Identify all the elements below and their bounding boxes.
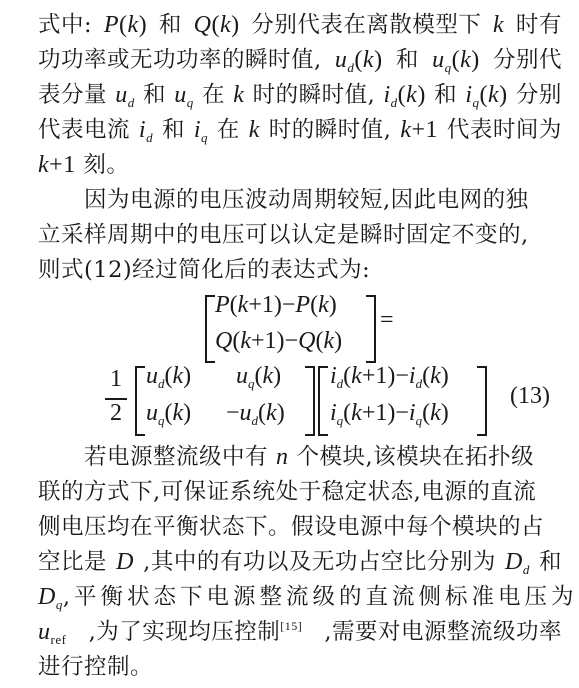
math-text: +1 (411, 117, 438, 143)
text: 在 (202, 78, 225, 113)
vector-left-bracket (318, 366, 328, 436)
math-var: i (384, 82, 391, 108)
paragraph-variable-definitions: 式中: P(k) 和 Q(k) 分别代表在离散模型下 k 时有 功功率或无功功率… (38, 8, 562, 183)
math-var: k (406, 82, 417, 108)
math-var: u (38, 619, 51, 645)
text-line: 代表电流 id 和 iq 在 k 时的瞬时值, k+1 代表时间为 (38, 113, 562, 148)
text: 式中: (38, 8, 92, 43)
paragraph-simplification: 因为电源的电压波动周期较短,因此电网的独 立采样周期中的电压可以认定是瞬时固定不… (38, 183, 562, 288)
text: 和 (539, 545, 562, 580)
text-line: 功功率或无功功率的瞬时值, ud(k) 和 uq(k) 分别代 (38, 43, 562, 78)
text: 时的瞬时值, (253, 78, 376, 113)
math-var: u (174, 82, 187, 108)
matrix-cell-11: ud(k) (146, 363, 191, 390)
text-line: Dq ,平衡状态下电源整流级的直流侧标准电压为 (38, 580, 562, 615)
citation-link[interactable]: [15] (280, 619, 302, 633)
text: 分别代表在离散模型下 (251, 8, 481, 43)
text: 在 (217, 113, 240, 148)
math-var: n (276, 440, 289, 475)
text: 分别 (516, 78, 562, 113)
text-line: 表分量 ud 和 uq 在 k 时的瞬时值, id(k) 和 iq(k) 分别 (38, 78, 562, 113)
subscript: d (523, 562, 530, 577)
text: 和 (162, 113, 185, 148)
text: 时的瞬时值, (269, 113, 392, 148)
text: 和 (396, 43, 419, 78)
text: 表分量 (38, 78, 107, 113)
text-line: 立采样周期中的电压可以认定是瞬时固定不变的, (38, 218, 562, 253)
subscript: d (128, 95, 135, 110)
math-var: k (233, 78, 244, 113)
text-line: 若电源整流级中有 n 个模块,该模块在拓扑级 (38, 440, 562, 475)
text: 代表时间为 (447, 113, 562, 148)
text: 空比是 (38, 545, 107, 580)
text-line: 侧电压均在平衡状态下。假设电源中每个模块的占 (38, 510, 562, 545)
matrix-cell-12: uq(k) (236, 363, 281, 390)
math-var: k (38, 148, 49, 183)
text: ,需要对电源整流级功率 (324, 615, 562, 650)
vector-row-2: iq(k+1)−iq(k) (330, 400, 449, 427)
subscript: ref (51, 632, 67, 647)
matrix-cell-21: uq(k) (146, 400, 191, 427)
right-bracket (366, 295, 376, 363)
text-line: 联的方式下,可保证系统处于稳定状态,电源的直流 (38, 475, 562, 510)
fraction-numerator: 1 (106, 366, 126, 393)
lhs-row-2: Q(k+1)−Q(k) (215, 328, 342, 355)
text: 时有 (516, 8, 562, 43)
text: 分别代 (493, 43, 562, 78)
text-line: k+1 刻。 (38, 148, 562, 183)
math-text: +1 (49, 148, 76, 183)
vector-right-bracket (477, 366, 487, 436)
math-var: u (432, 47, 445, 73)
text-line: 因为电源的电压波动周期较短,因此电网的独 (38, 183, 562, 218)
math-var: k (363, 47, 374, 73)
text: 和 (159, 8, 182, 43)
text: 和 (434, 78, 457, 113)
math-var: D (38, 584, 56, 610)
subscript: d (146, 130, 153, 145)
math-var: D (505, 549, 523, 575)
math-var: i (139, 117, 146, 143)
text: ,为了实现均压控制 (89, 619, 281, 645)
matrix-cell-22: −ud(k) (226, 400, 285, 427)
text: 和 (143, 78, 166, 113)
math-var: u (115, 82, 128, 108)
math-var: k (400, 117, 411, 143)
document-page: 式中: P(k) 和 Q(k) 分别代表在离散模型下 k 时有 功功率或无功功率… (38, 8, 562, 288)
text: 代表电流 (38, 113, 130, 148)
equation-number: (13) (510, 383, 550, 410)
subscript: q (56, 597, 63, 612)
text: ,平衡状态下电源整流级的直流侧标准电压为 (63, 580, 578, 615)
math-var: u (335, 47, 348, 73)
text: 刻。 (83, 148, 129, 183)
text: 若电源整流级中有 (84, 440, 268, 475)
lhs-row-1: P(k+1)−P(k) (215, 292, 337, 319)
left-bracket (205, 295, 215, 363)
math-var: D (116, 545, 134, 580)
math-var: k (460, 47, 471, 73)
subscript: d (391, 95, 398, 110)
text-line: 则式(12)经过简化后的表达式为: (38, 253, 562, 288)
paragraph-rectifier-modules: 若电源整流级中有 n 个模块,该模块在拓扑级 联的方式下,可保证系统处于稳定状态… (38, 440, 562, 685)
text-line: 式中: P(k) 和 Q(k) 分别代表在离散模型下 k 时有 (38, 8, 562, 43)
equals-sign: = (380, 307, 394, 334)
subscript: q (187, 95, 194, 110)
vector-row-1: id(k+1)−id(k) (330, 363, 449, 390)
matrix-left-bracket (135, 366, 145, 436)
text-line: 空比是 D ,其中的有功以及无功占空比分别为 Dd 和 (38, 545, 562, 580)
text: 个模块,该模块在拓扑级 (297, 440, 535, 475)
math-var: k (488, 82, 499, 108)
math-var: Q (194, 12, 212, 38)
text: ,其中的有功以及无功占空比分别为 (143, 545, 496, 580)
text: 功功率或无功功率的瞬时值, (38, 43, 322, 78)
math-var: i (194, 117, 201, 143)
text-line: uref ,为了实现均压控制[15] ,需要对电源整流级功率 (38, 615, 562, 650)
fraction-denominator: 2 (106, 400, 126, 427)
subscript: q (445, 60, 452, 75)
math-var: P (104, 12, 119, 38)
math-var: k (249, 113, 260, 148)
subscript: q (201, 130, 208, 145)
text-line: 进行控制。 (38, 650, 562, 685)
matrix-right-bracket (305, 366, 315, 436)
math-var: k (493, 8, 504, 43)
math-var: k (220, 12, 231, 38)
math-var: k (127, 12, 138, 38)
